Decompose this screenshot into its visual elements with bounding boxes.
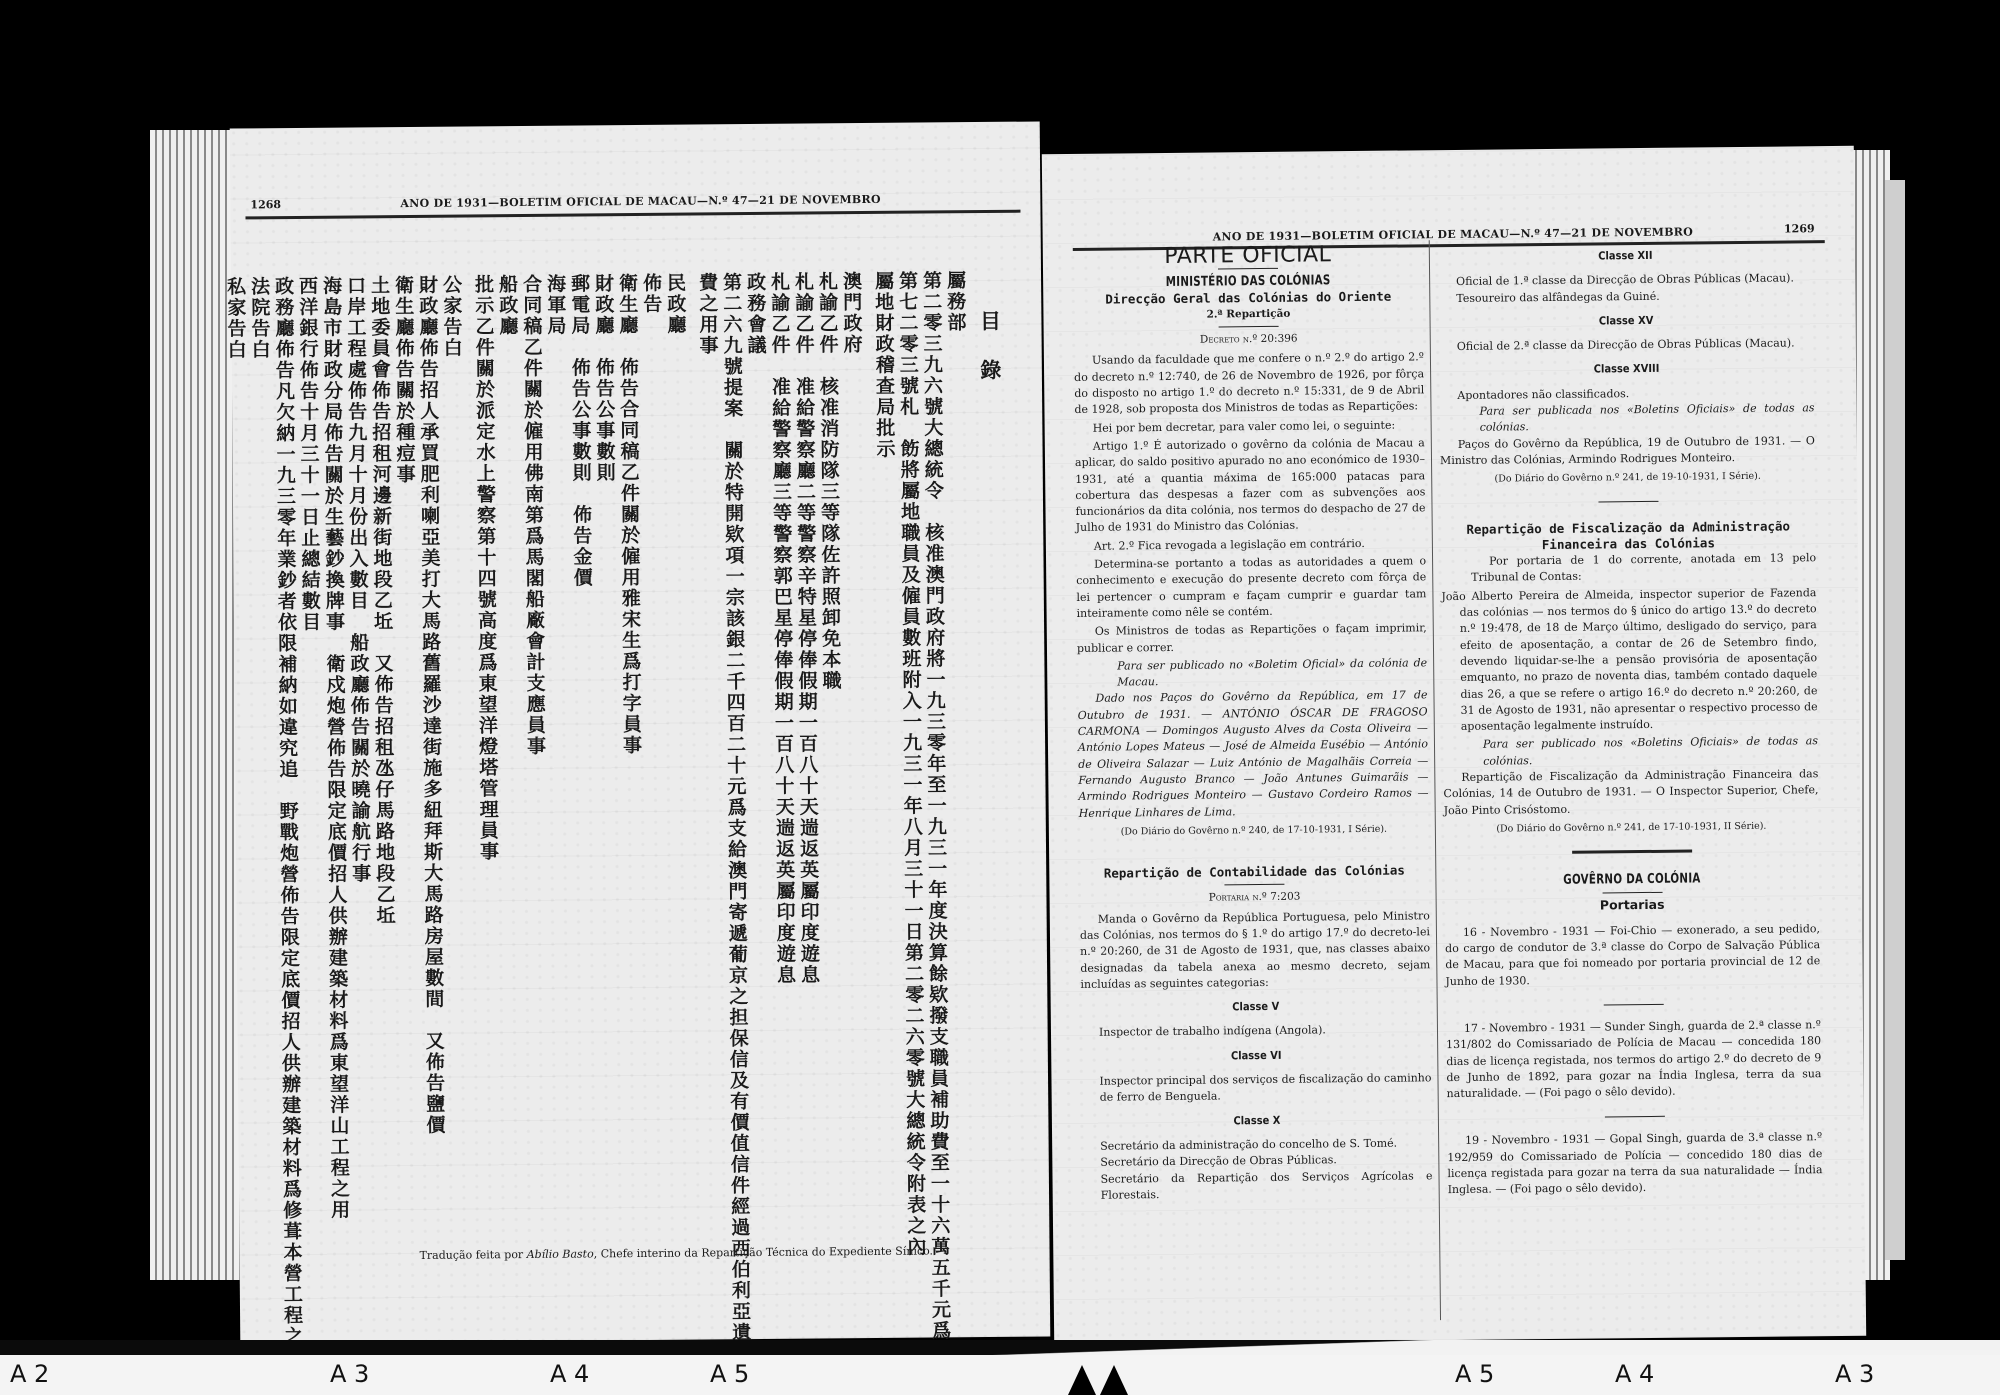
left-page: 1268 ANO DE 1931—BOLETIM OFICIAL DE MACA… [230,121,1051,1343]
fiscalizacao-heading: Repartição de Fiscalização da Administra… [1441,518,1816,555]
film-strip [0,1355,2000,1395]
classe-heading: Classe XVIII [1439,360,1814,380]
contabilidade-heading: Repartição de Contabilidade das Colónias [1079,862,1429,882]
fiscalizacao-signature: Repartição de Fiscalização da Administra… [1443,766,1818,819]
portaria-title: Portaria n.º 7:203 [1080,888,1430,908]
translation-note: Tradução feita por Abílio Basto, Chefe i… [419,1244,933,1261]
classe-item: Tesoureiro das alfândegas da Guiné. [1438,287,1813,307]
film-frame-mark: A 4 [1615,1360,1654,1388]
portaria-entry: 16 - Novembro - 1931 — Foi-Chio — exoner… [1445,921,1821,990]
decreto-paragraph: Usando da faculdade que me confere o n.º… [1074,350,1425,419]
page-number: 1269 [1784,222,1815,235]
classe-heading: Classe XII [1438,246,1813,266]
right-page-column-2: Classe XIIOficial de 1.ª classe da Direc… [1438,238,1823,1201]
film-frame-mark: A 4 [550,1360,589,1388]
decreto-paragraph: Art. 2.º Fica revogada a legislação em c… [1076,535,1426,555]
decreto-paragraph: Determina-se portanto a todas as autorid… [1076,553,1427,622]
portaria-entry: 19 - Novembro - 1931 — Gopal Singh, guar… [1447,1130,1823,1199]
page-number: 1268 [250,198,281,211]
film-frame-mark: A 5 [1455,1360,1494,1388]
divider [1603,1004,1663,1006]
right-page-column-1: PARTE OFICIAL MINISTÉRIO DAS COLÓNIAS Di… [1073,242,1433,1204]
film-frame-mark: A 3 [330,1360,369,1388]
film-frame-mark: A 3 [1835,1360,1874,1388]
fiscalizacao-source: (Do Diário do Govêrno n.º 241, de 17-10-… [1444,818,1819,838]
fiscalizacao-body: João Alberto Pereira de Almeida, inspect… [1441,585,1818,736]
decreto-signature: Dado nos Paços do Govêrno da República, … [1077,688,1428,822]
decreto-paragraph: Os Ministros de todas as Repartições o f… [1077,621,1427,657]
fiscalizacao-publication-note: Para ser publicado nos «Boletins Oficiai… [1443,734,1818,771]
classe-heading: Classe V [1081,997,1431,1017]
section-divider [1572,850,1692,854]
divider [1224,884,1284,886]
running-head: ANO DE 1931—BOLETIM OFICIAL DE MACAU—N.º… [400,193,881,210]
classe-heading: Classe XV [1438,311,1813,331]
divider [1219,326,1279,328]
classe-heading: Classe VI [1081,1046,1431,1066]
film-frame-mark: A 5 [710,1360,749,1388]
header-rule [245,210,1020,220]
portaria-classes: Classe VInspector de trabalho indígena (… [1081,997,1433,1204]
decreto-body: Usando da faculdade que me confere o n.º… [1074,350,1427,657]
decreto-paragraph: Hei por bem decretar, para valer como le… [1075,417,1425,437]
decreto-paragraph: Artigo 1.º É autorizado o govêrno da col… [1075,435,1426,536]
divider [1604,1116,1664,1118]
portaria-classes-continued: Classe XIIOficial de 1.ª classe da Direc… [1438,246,1815,404]
divider [1598,500,1658,502]
center-arrow-left-icon [1068,1365,1096,1395]
classe-item: Oficial de 2.ª classe da Direcção de Obr… [1439,335,1814,355]
classe-item: Inspector de trabalho indígena (Angola). [1081,1022,1431,1042]
portaria-entry: 17 - Novembro - 1931 — Sunder Singh, gua… [1446,1017,1822,1102]
decreto-title: Decreto n.º 20:396 [1074,329,1424,349]
classe-item: Secretário da Repartição dos Serviços Ag… [1082,1168,1432,1204]
portaria-publication-note: Para ser publicada nos «Boletins Oficiai… [1439,400,1814,437]
right-page: ANO DE 1931—BOLETIM OFICIAL DE MACAU—N.º… [1042,146,1866,1344]
decreto-publication-note: Para ser publicado no «Boletim Oficial» … [1077,655,1427,691]
divider [1602,891,1662,893]
parte-oficial-heading: PARTE OFICIAL [1073,246,1423,266]
center-arrow-right-icon [1100,1365,1128,1395]
classe-heading: Classe X [1082,1111,1432,1131]
fiscalizacao-intro: Por portaria de 1 do corrente, anotada e… [1441,550,1816,587]
portaria-intro: Manda o Govêrno da República Portuguesa,… [1080,908,1431,993]
film-frame-mark: A 2 [10,1360,49,1388]
portarias-list: 16 - Novembro - 1931 — Foi-Chio — exoner… [1445,911,1823,1199]
portaria-signature: Paços do Govêrno da República, 19 de Out… [1440,433,1815,470]
ministerio-heading: MINISTÉRIO DAS COLÓNIAS [1099,272,1397,291]
classe-item: Inspector principal dos serviços de fisc… [1081,1070,1431,1106]
decreto-source: (Do Diário do Govêrno n.º 240, de 17-10-… [1079,821,1429,841]
governo-heading: GOVÊRNO DA COLÓNIA [1472,870,1791,890]
translator-name: Abílio Basto [527,1247,594,1261]
book-page-edges-right-outer [1885,180,1905,1260]
portaria-source: (Do Diário do Govêrno n.º 241, de 19-10-… [1440,468,1815,488]
toc-title: 目錄 [967,310,1009,1210]
table-of-contents: 目錄 屬務部第二零三九六號大總統令 核准澳門政府將一九三零年至一九三一年度決算餘… [223,270,1009,1217]
